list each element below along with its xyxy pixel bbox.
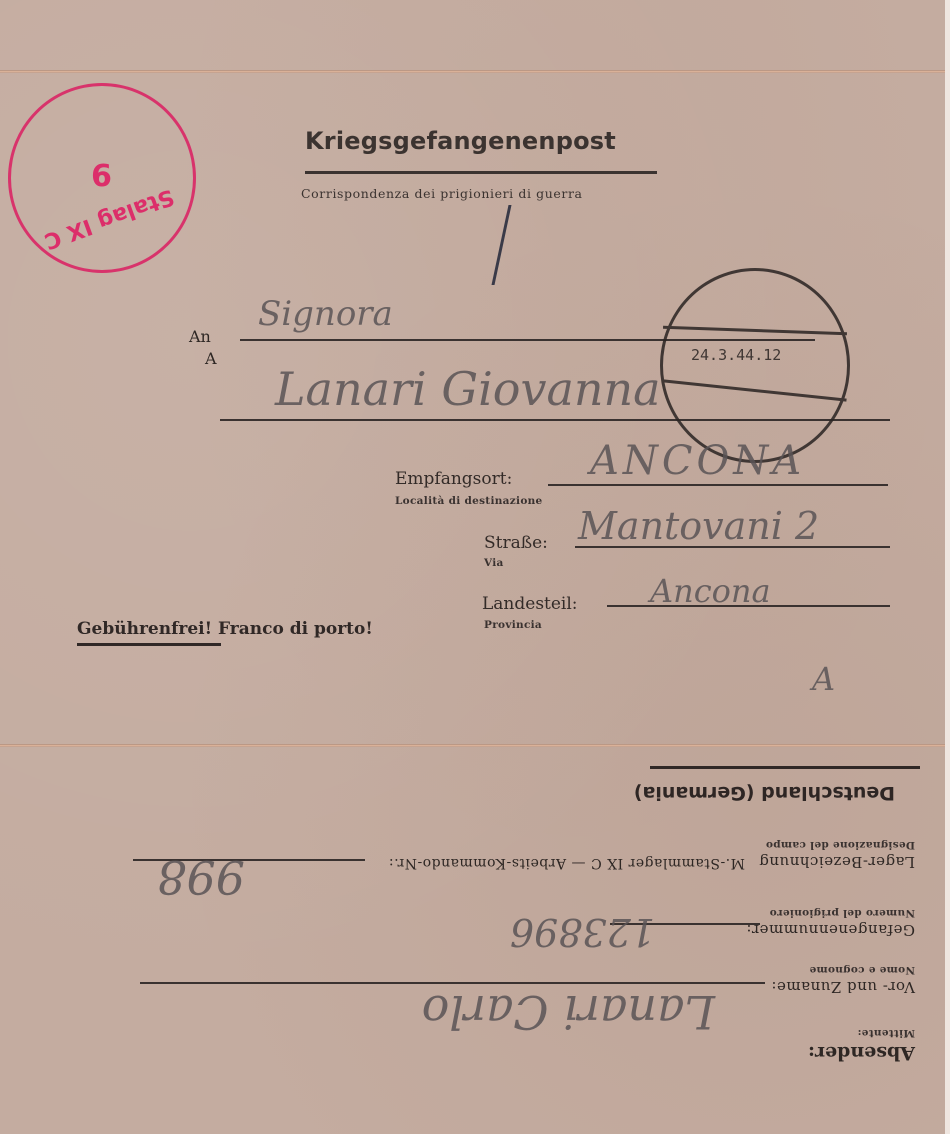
- sender-sublabel: Mittente:: [857, 1027, 915, 1039]
- destination-sublabel: Località di destinazione: [395, 495, 543, 507]
- pow-number-label: Gefangenennummer:: [746, 921, 915, 939]
- destination-line: [548, 484, 888, 486]
- page-subtitle: Corrispondenza dei prigionieri di guerra: [301, 186, 583, 201]
- postage-free-note: Gebührenfrei! Franco di porto!: [77, 619, 373, 639]
- postage-underline: [77, 643, 221, 646]
- name-line: [140, 983, 765, 985]
- province-value: Ancona: [650, 572, 771, 610]
- postmark-date: 24.3.44.12: [691, 346, 781, 364]
- street-value: Mantovani 2: [578, 504, 819, 548]
- postmark-bar-top: [663, 326, 847, 335]
- sender-panel: Deutschland (Germania) Lager-Bezeichnung…: [0, 747, 945, 1134]
- postmark-bar-bottom: [663, 379, 846, 401]
- page-title: Kriegsgefangenenpost: [305, 127, 616, 155]
- camp-label: Lager-Bezeichnung: [759, 853, 915, 871]
- country-label: Deutschland (Germania): [634, 782, 895, 804]
- fold-crease-top: [0, 70, 945, 73]
- pencil-mark: A: [812, 660, 835, 698]
- destination-label: Empfangsort:: [395, 469, 512, 489]
- name-value: Lanari Carlo: [422, 985, 715, 1039]
- title-underline: [305, 171, 657, 174]
- kommando-number: 998: [157, 850, 245, 904]
- postmark: 24.3.44.12: [660, 268, 850, 463]
- addressee-label-it: A: [205, 349, 217, 368]
- postage-free-it: Franco di porto!: [218, 619, 373, 639]
- street-label: Straße:: [484, 533, 548, 553]
- province-sublabel: Provincia: [484, 619, 542, 631]
- addressee-line1-value: Signora: [258, 294, 393, 334]
- pen-stroke: [491, 205, 531, 285]
- sender-label: Absender:: [808, 1042, 915, 1064]
- postcard: Stalag IX C 9 Kriegsgefangenenpost Corri…: [0, 0, 945, 1134]
- pow-number-value: 123896: [510, 910, 655, 954]
- destination-value: ANCONA: [590, 438, 805, 484]
- street-sublabel: Via: [484, 557, 504, 569]
- name-sublabel: Nome e cognome: [809, 964, 915, 976]
- camp-sublabel: Designazione del campo: [766, 839, 915, 851]
- postage-free-de: Gebührenfrei!: [77, 619, 212, 639]
- pow-number-sublabel: Numero del prigioniero: [769, 907, 915, 919]
- country-rule: [650, 766, 920, 769]
- censor-stamp: Stalag IX C 9: [8, 83, 196, 273]
- addressee-line2-value: Lanari Giovanna: [275, 362, 661, 416]
- camp-value: M.-Stammlager IX C — Arbeits-Kommando-Nr…: [388, 855, 745, 871]
- censor-stamp-number: 9: [91, 156, 112, 191]
- province-label: Landesteil:: [482, 594, 578, 614]
- name-label: Vor- und Zuname:: [771, 978, 915, 996]
- censor-stamp-text: Stalag IX C: [41, 184, 177, 254]
- addressee-label-de: An: [189, 327, 211, 346]
- paper-edge: [945, 0, 950, 1134]
